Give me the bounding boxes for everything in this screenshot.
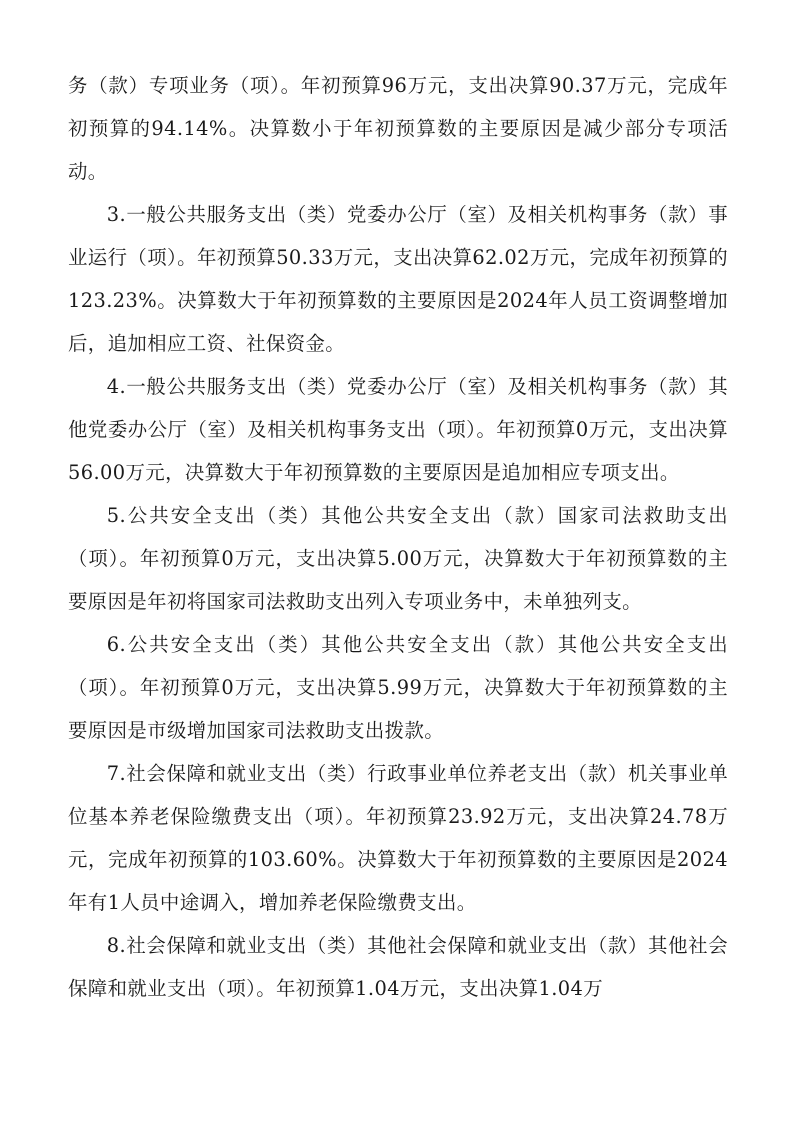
paragraph-item-6: 6.公共安全支出（类）其他公共安全支出（款）其他公共安全支出（项）。年初预算0万… — [68, 623, 728, 752]
paragraph-item-5: 5.公共安全支出（类）其他公共安全支出（款）国家司法救助支出（项）。年初预算0万… — [68, 494, 728, 623]
paragraph-item-4: 4.一般公共服务支出（类）党委办公厅（室）及相关机构事务（款）其他党委办公厅（室… — [68, 365, 728, 494]
paragraph-item-7: 7.社会保障和就业支出（类）行政事业单位养老支出（款）机关事业单位基本养老保险缴… — [68, 752, 728, 924]
paragraph-item-2-continued: 务（款）专项业务（项）。年初预算96万元，支出决算90.37万元，完成年初预算的… — [68, 64, 728, 193]
document-page: 务（款）专项业务（项）。年初预算96万元，支出决算90.37万元，完成年初预算的… — [68, 64, 728, 1010]
paragraph-item-8: 8.社会保障和就业支出（类）其他社会保障和就业支出（款）其他社会保障和就业支出（… — [68, 924, 728, 1010]
paragraph-item-3: 3.一般公共服务支出（类）党委办公厅（室）及相关机构事务（款）事业运行（项）。年… — [68, 193, 728, 365]
